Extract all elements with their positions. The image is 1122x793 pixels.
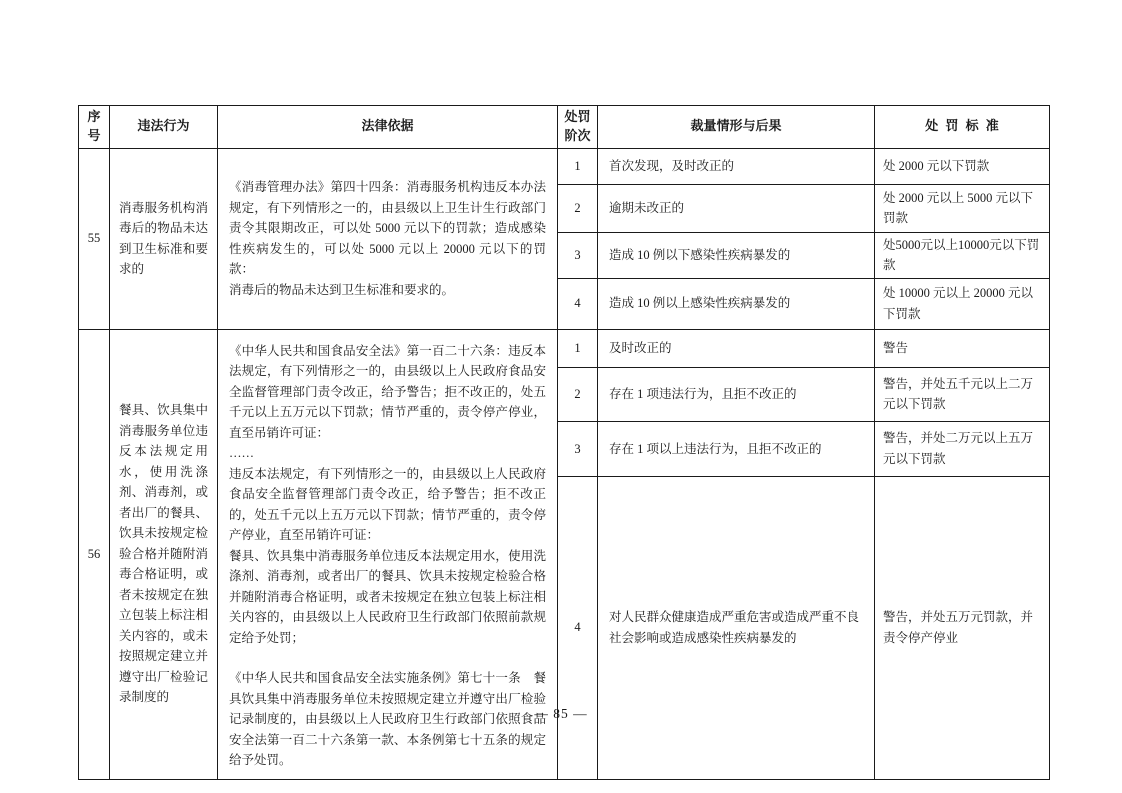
standard-cell: 处 2000 元以下罚款 [875, 148, 1050, 184]
standard-cell: 警告，并处五万元罚款，并责令停产停业 [875, 476, 1050, 779]
legal-paragraph: 《中华人民共和国食品安全法》第一百二十六条：违反本法规定，有下列情形之一的，由县… [229, 341, 546, 444]
document-page: 序号 违法行为 法律依据 处罚阶次 裁量情形与后果 处罚标准 55 消毒服务机构… [0, 0, 1122, 793]
violation-cell: 消毒服务机构消毒后的物品未达到卫生标准和要求的 [110, 148, 218, 329]
page-number: — 85 — [0, 706, 1122, 722]
stage-cell: 2 [558, 184, 598, 232]
legal-paragraph: 餐具、饮具集中消毒服务单位违反本法规定用水，使用洗涤剂、消毒剂，或者出厂的餐具、… [229, 546, 546, 649]
col-header-circumstance: 裁量情形与后果 [598, 106, 875, 149]
col-header-standard: 处罚标准 [875, 106, 1050, 149]
stage-cell: 4 [558, 278, 598, 329]
legal-basis-cell: 《消毒管理办法》第四十四条：消毒服务机构违反本办法规定，有下列情形之一的，由县级… [218, 148, 558, 329]
circumstance-cell: 存在 1 项以上违法行为，且拒不改正的 [598, 422, 875, 476]
standard-cell: 处 2000 元以上 5000 元以下罚款 [875, 184, 1050, 232]
col-header-legal-basis: 法律依据 [218, 106, 558, 149]
circumstance-cell: 逾期未改正的 [598, 184, 875, 232]
table-header-row: 序号 违法行为 法律依据 处罚阶次 裁量情形与后果 处罚标准 [79, 106, 1050, 149]
standard-cell: 警告，并处二万元以上五万元以下罚款 [875, 422, 1050, 476]
circumstance-cell: 及时改正的 [598, 329, 875, 367]
stage-cell: 3 [558, 422, 598, 476]
circumstance-cell: 造成 10 例以上感染性疾病暴发的 [598, 278, 875, 329]
standard-cell: 处 10000 元以上 20000 元以下罚款 [875, 278, 1050, 329]
table-row: 56 餐具、饮具集中消毒服务单位违反本法规定用水，使用洗涤剂、消毒剂，或者出厂的… [79, 329, 1050, 367]
standard-cell: 处5000元以上10000元以下罚款 [875, 232, 1050, 278]
legal-paragraph: 违反本法规定，有下列情形之一的，由县级以上人民政府食品安全监督管理部门责令改正，… [229, 464, 546, 546]
circumstance-cell: 存在 1 项违法行为，且拒不改正的 [598, 367, 875, 421]
standard-cell: 警告 [875, 329, 1050, 367]
stage-cell: 2 [558, 367, 598, 421]
legal-paragraph: 《消毒管理办法》第四十四条：消毒服务机构违反本办法规定，有下列情形之一的，由县级… [229, 177, 546, 280]
stage-cell: 1 [558, 329, 598, 367]
stage-cell: 4 [558, 476, 598, 779]
circumstance-cell: 造成 10 例以下感染性疾病暴发的 [598, 232, 875, 278]
stage-cell: 3 [558, 232, 598, 278]
standard-cell: 警告，并处五千元以上二万元以下罚款 [875, 367, 1050, 421]
col-header-stage: 处罚阶次 [558, 106, 598, 149]
circumstance-cell: 首次发现，及时改正的 [598, 148, 875, 184]
col-header-index: 序号 [79, 106, 110, 149]
legal-paragraph: …… [229, 443, 546, 464]
row-index-cell: 55 [79, 148, 110, 329]
legal-paragraph: 消毒后的物品未达到卫生标准和要求的。 [229, 280, 546, 301]
penalty-table: 序号 违法行为 法律依据 处罚阶次 裁量情形与后果 处罚标准 55 消毒服务机构… [78, 105, 1050, 780]
table-row: 55 消毒服务机构消毒后的物品未达到卫生标准和要求的 《消毒管理办法》第四十四条… [79, 148, 1050, 184]
circumstance-cell: 对人民群众健康造成严重危害或造成严重不良社会影响或造成感染性疾病暴发的 [598, 476, 875, 779]
stage-cell: 1 [558, 148, 598, 184]
col-header-violation: 违法行为 [110, 106, 218, 149]
